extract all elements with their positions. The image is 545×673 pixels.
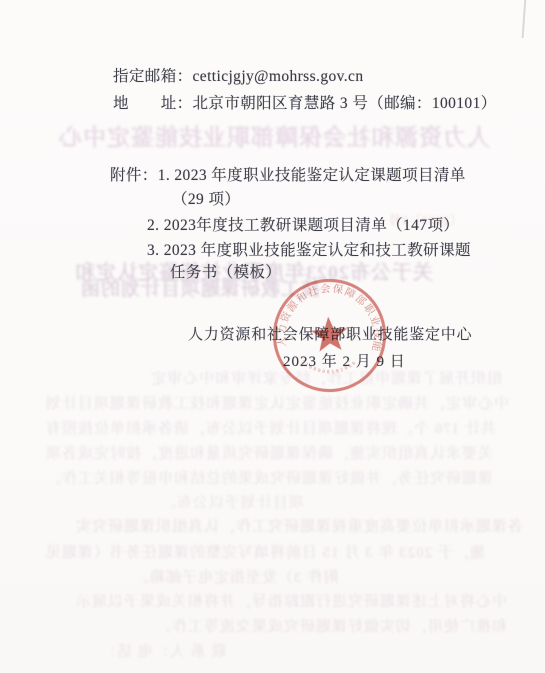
attachment-line-2: （29 项） xyxy=(172,187,240,209)
svg-text:人力资源和社会保障部职业技能鉴定中心: 人力资源和社会保障部职业技能鉴定中心 xyxy=(266,272,386,362)
scanned-document-page: 人力资源和社会保障部职业技能鉴定中心〔2023〕2号关于公布2023年度职业技能… xyxy=(0,0,545,673)
attachment-line-1: 附件：1. 2023 年度职业技能鉴定认定课题项目清单 xyxy=(110,163,466,185)
contact-email-line: 指定邮箱：cetticjgjy@mohrss.gov.cn xyxy=(113,64,363,86)
official-seal: 人力资源和社会保障部职业技能鉴定中心 1100000102066 xyxy=(266,272,393,399)
address-value: 北京市朝阳区育慧路 3 号（邮编：100101） xyxy=(193,95,497,112)
email-address: cetticjgjy@mohrss.gov.cn xyxy=(193,68,364,85)
seal-ring-text: 人力资源和社会保障部职业技能鉴定中心 xyxy=(266,272,386,362)
svg-text:1100000102066: 1100000102066 xyxy=(300,355,360,377)
seal-graphic: 人力资源和社会保障部职业技能鉴定中心 1100000102066 xyxy=(266,272,393,399)
address-label: 地 址： xyxy=(113,95,193,112)
attachment-line-5: 任务书（模板） xyxy=(170,260,281,282)
seal-serial: 1100000102066 xyxy=(300,355,360,377)
contact-address-line: 地 址：北京市朝阳区育慧路 3 号（邮编：100101） xyxy=(113,91,497,113)
attachment-line-3: 2. 2023年度技工教研课题项目清单（147项） xyxy=(147,213,459,235)
seal-star-icon xyxy=(310,315,348,352)
attachment-line-4: 3. 2023 年度职业技能鉴定认定和技工教研课题 xyxy=(147,238,471,260)
email-label: 指定邮箱： xyxy=(113,68,193,85)
